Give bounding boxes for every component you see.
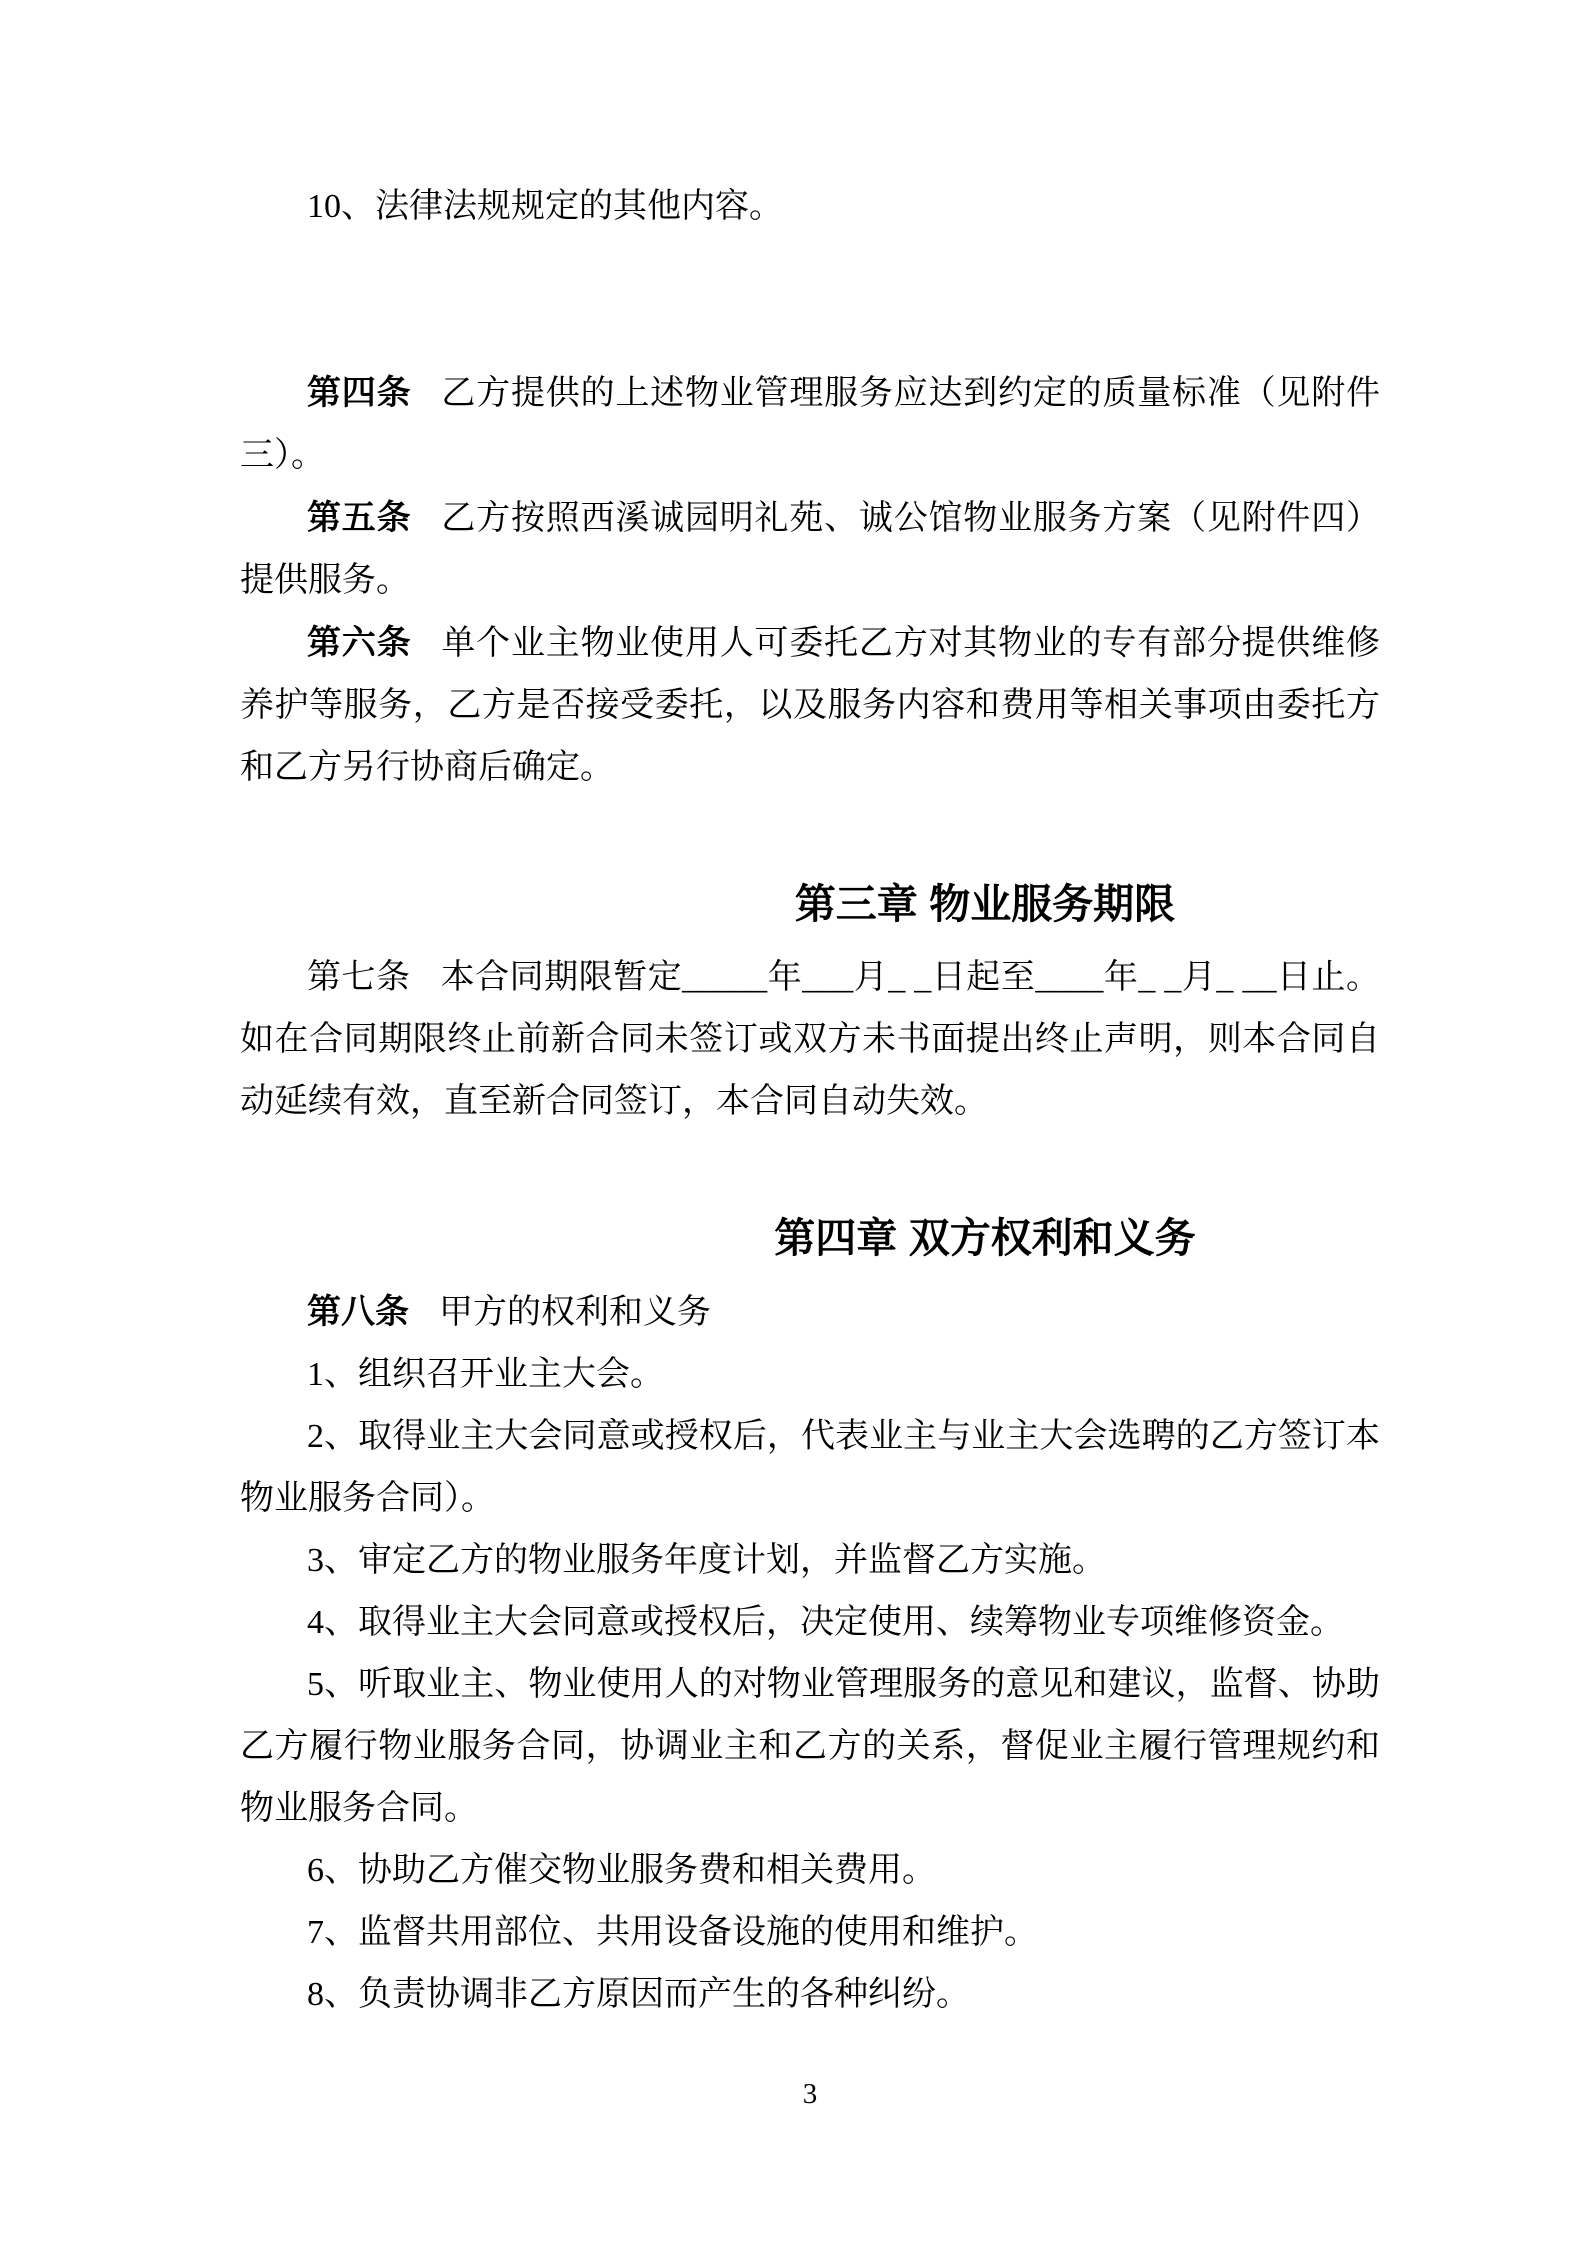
blank-line [240,300,1380,362]
paragraph-text: 本合同期限暂定_____年___月_ _日起至____年_ _月_ __日止。如… [240,959,1380,1120]
paragraph-text: 甲方的权利和义务 [439,1294,711,1331]
paragraph-text: 乙方按照西溪诚园明礼苑、诚公馆物业服务方案（见附件四）提供服务。 [240,500,1380,599]
article-number: 第七条 [307,959,411,996]
article-paragraph: 第四条乙方提供的上述物业管理服务应达到约定的质量标准（见附件三）。 [240,362,1380,487]
paragraph-text: 3、审定乙方的物业服务年度计划，并监督乙方实施。 [307,1542,1106,1579]
article-paragraph: 第八条甲方的权利和义务 [240,1281,1380,1344]
paragraph-text: 乙方提供的上述物业管理服务应达到约定的质量标准（见附件三）。 [240,375,1380,474]
article-number: 第八条 [307,1293,409,1331]
article-paragraph: 第六条单个业主物业使用人可委托乙方对其物业的专有部分提供维修养护等服务，乙方是否… [240,612,1380,799]
contract-document-page: 10、法律法规规定的其他内容。 第四条乙方提供的上述物业管理服务应达到约定的质量… [0,0,1587,2245]
paragraph-text: 1、组织召开业主大会。 [307,1356,664,1393]
chapter-heading: 第三章 物业服务期限 [240,861,1380,947]
paragraph-text: 4、取得业主大会同意或授权后，决定使用、续筹物业专项维修资金。 [307,1604,1344,1641]
paragraph: 2、取得业主大会同意或授权后，代表业主与业主大会选聘的乙方签订本物业服务合同）。 [240,1406,1380,1530]
paragraph: 7、监督共用部位、共用设备设施的使用和维护。 [240,1902,1380,1964]
paragraph-text: 6、协助乙方催交物业服务费和相关费用。 [307,1852,936,1889]
article-number: 第六条 [307,624,411,662]
paragraph-text: 10、法律法规规定的其他内容。 [307,188,783,225]
paragraph: 5、听取业主、物业使用人的对物业管理服务的意见和建议，监督、协助乙方履行物业服务… [240,1654,1380,1840]
paragraph-text: 5、听取业主、物业使用人的对物业管理服务的意见和建议，监督、协助乙方履行物业服务… [240,1666,1380,1827]
article-number: 第四条 [307,374,411,412]
page-number: 3 [240,2074,1380,2114]
paragraph: 4、取得业主大会同意或授权后，决定使用、续筹物业专项维修资金。 [240,1592,1380,1654]
paragraph-text: 7、监督共用部位、共用设备设施的使用和维护。 [307,1914,1038,1951]
paragraph: 3、审定乙方的物业服务年度计划，并监督乙方实施。 [240,1530,1380,1592]
paragraph: 10、法律法规规定的其他内容。 [240,176,1380,238]
paragraph: 1、组织召开业主大会。 [240,1344,1380,1406]
paragraph: 6、协助乙方催交物业服务费和相关费用。 [240,1840,1380,1902]
paragraph-text: 单个业主物业使用人可委托乙方对其物业的专有部分提供维修养护等服务，乙方是否接受委… [240,625,1380,786]
blank-line [240,238,1380,300]
blank-line [240,799,1380,861]
document-body: 10、法律法规规定的其他内容。 第四条乙方提供的上述物业管理服务应达到约定的质量… [240,176,1380,2026]
blank-line [240,1133,1380,1195]
paragraph: 8、负责协调非乙方原因而产生的各种纠纷。 [240,1964,1380,2026]
article-number: 第五条 [307,499,411,537]
article-paragraph: 第七条本合同期限暂定_____年___月_ _日起至____年_ _月_ __日… [240,947,1380,1133]
paragraph-text: 2、取得业主大会同意或授权后，代表业主与业主大会选聘的乙方签订本物业服务合同）。 [240,1418,1380,1517]
paragraph-text: 8、负责协调非乙方原因而产生的各种纠纷。 [307,1976,970,2013]
chapter-heading: 第四章 双方权利和义务 [240,1195,1380,1281]
article-paragraph: 第五条乙方按照西溪诚园明礼苑、诚公馆物业服务方案（见附件四）提供服务。 [240,487,1380,612]
